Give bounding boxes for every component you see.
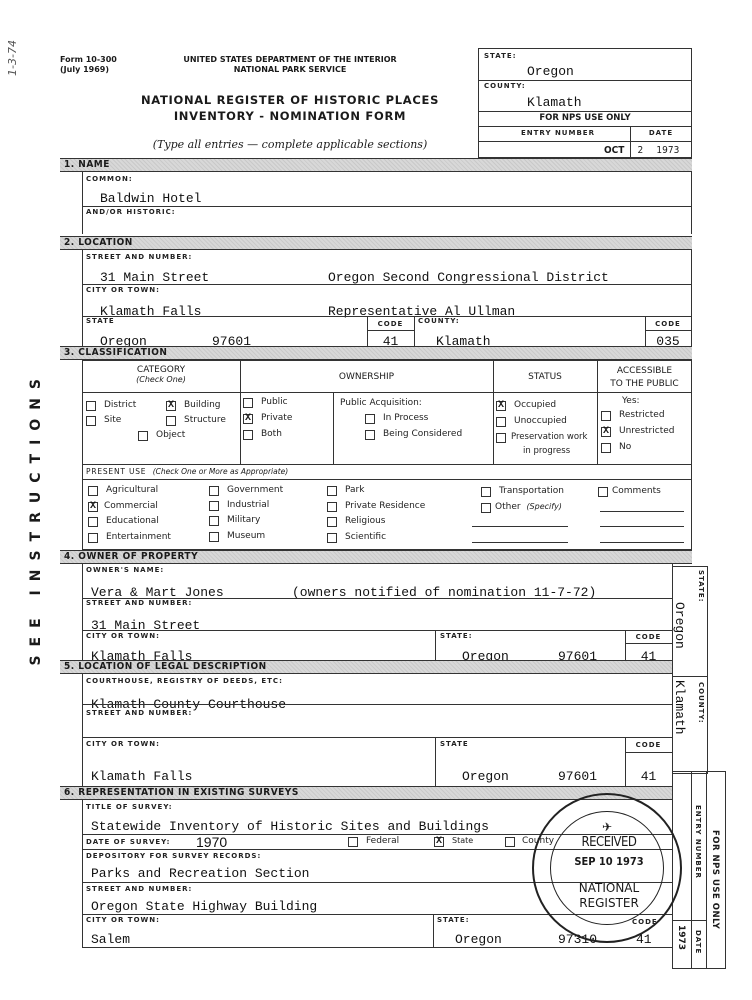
- in-process-label: In Process: [383, 413, 428, 423]
- survey-title-value: Statewide Inventory of Historic Sites an…: [91, 819, 489, 834]
- other-label: Other (Specify): [495, 502, 562, 512]
- survey-street-label: STREET AND NUMBER:: [86, 885, 192, 893]
- transportation-label: Transportation: [499, 486, 564, 496]
- government-label: Government: [227, 485, 283, 495]
- comments-line: [600, 526, 684, 527]
- checkbox-both[interactable]: [243, 430, 253, 440]
- courthouse-label: COURTHOUSE, REGISTRY OF DEEDS, ETC:: [86, 677, 283, 685]
- date-stamp: OCT 2 1973: [604, 145, 679, 156]
- state-code-label: CODE: [367, 320, 414, 328]
- street-label: STREET AND NUMBER:: [86, 253, 192, 261]
- checkbox-private-residence[interactable]: [327, 502, 337, 512]
- checkbox-scientific[interactable]: [327, 533, 337, 543]
- section-3-header: 3. CLASSIFICATION: [60, 346, 692, 360]
- owner-code-label: CODE: [625, 633, 672, 641]
- in-progress-label: in progress: [523, 446, 570, 456]
- military-label: Military: [227, 515, 260, 525]
- section-4-header: 4. OWNER OF PROPERTY: [60, 550, 692, 564]
- county-label: COUNTY:: [418, 317, 460, 325]
- entertainment-label: Entertainment: [106, 532, 171, 542]
- stamp-date: SEP 10 1973: [534, 855, 684, 868]
- checkbox-being-considered[interactable]: [365, 430, 375, 440]
- legal-state-label: STATE: [440, 740, 469, 748]
- department-heading: UNITED STATES DEPARTMENT OF THE INTERIOR…: [150, 55, 430, 75]
- form-instructions: (Type all entries — complete applicable …: [120, 138, 460, 151]
- checkbox-no[interactable]: [601, 443, 611, 453]
- other-specify-line: [472, 542, 568, 543]
- checkbox-structure[interactable]: [166, 416, 176, 426]
- depository-value: Parks and Recreation Section: [91, 866, 309, 881]
- object-label: Object: [156, 430, 185, 440]
- right-date-label: DATE: [694, 930, 702, 954]
- district-label: District: [104, 400, 136, 410]
- section-5-header: 5. LOCATION OF LEGAL DESCRIPTION: [60, 660, 672, 674]
- religious-label: Religious: [345, 516, 386, 526]
- checkbox-district[interactable]: [86, 401, 96, 411]
- form-number: Form 10-300 (July 1969): [60, 55, 117, 75]
- checkbox-public[interactable]: [243, 398, 253, 408]
- survey-date-value: 1970: [196, 834, 227, 850]
- checkbox-industrial[interactable]: [209, 501, 219, 511]
- right-state-label: STATE:: [697, 570, 705, 603]
- industrial-label: Industrial: [227, 500, 269, 510]
- both-label: Both: [261, 429, 282, 439]
- comments-line: [600, 542, 684, 543]
- congressional-district-value: Oregon Second Congressional District: [328, 270, 609, 285]
- margin-handwritten-note: 1-3-74: [6, 40, 19, 76]
- owner-street-label: STREET AND NUMBER:: [86, 599, 192, 607]
- checkbox-unrestricted[interactable]: X: [601, 427, 611, 437]
- right-county-label: COUNTY:: [697, 682, 705, 724]
- preservation-work-label: Preservation work: [511, 432, 587, 442]
- structure-label: Structure: [184, 415, 226, 425]
- agricultural-label: Agricultural: [106, 485, 158, 495]
- form-title: NATIONAL REGISTER OF HISTORIC PLACES INV…: [120, 92, 460, 124]
- stamp-national: NATIONAL: [534, 881, 684, 895]
- legal-code-label: CODE: [625, 741, 672, 749]
- checkbox-restricted[interactable]: [601, 411, 611, 421]
- educational-label: Educational: [106, 516, 159, 526]
- unoccupied-label: Unoccupied: [514, 416, 567, 426]
- right-entry-number-label: ENTRY NUMBER: [694, 805, 702, 879]
- checkbox-religious[interactable]: [327, 517, 337, 527]
- depository-label: DEPOSITORY FOR SURVEY RECORDS:: [86, 852, 261, 860]
- legal-state-value: Oregon: [462, 769, 509, 784]
- scientific-label: Scientific: [345, 532, 386, 542]
- restricted-label: Restricted: [619, 410, 665, 420]
- site-label: Site: [104, 415, 121, 425]
- survey-state-value: Oregon: [455, 932, 502, 947]
- received-stamp: ✈ RECEIVED SEP 10 1973 NATIONAL REGISTER: [532, 793, 682, 943]
- accessible-header: ACCESSIBLE TO THE PUBLIC: [597, 365, 692, 391]
- stamp-received: RECEIVED: [534, 835, 684, 850]
- checkbox-state[interactable]: X: [434, 837, 444, 847]
- survey-city-value: Salem: [91, 932, 130, 947]
- checkbox-county[interactable]: [505, 837, 515, 847]
- common-name-value: Baldwin Hotel: [100, 191, 201, 206]
- checkbox-military[interactable]: [209, 516, 219, 526]
- airplane-icon: ✈: [602, 820, 612, 834]
- private-residence-label: Private Residence: [345, 501, 425, 511]
- legal-code-value: 41: [625, 769, 672, 784]
- checkbox-transportation[interactable]: [481, 487, 491, 497]
- being-considered-label: Being Considered: [383, 429, 462, 439]
- survey-city-label: CITY OR TOWN:: [86, 916, 160, 924]
- checkbox-other[interactable]: [481, 503, 491, 513]
- survey-state-label: STATE:: [437, 916, 470, 924]
- private-label: Private: [261, 413, 292, 423]
- park-label: Park: [345, 485, 364, 495]
- museum-label: Museum: [227, 531, 265, 541]
- state-value: Oregon: [527, 64, 574, 79]
- historic-label: AND/OR HISTORIC:: [86, 208, 176, 216]
- no-label: No: [619, 442, 631, 452]
- legal-zip-value: 97601: [558, 769, 597, 784]
- right-state-value: Oregon: [672, 602, 687, 649]
- right-date-value: 1973: [676, 925, 686, 950]
- status-header: STATUS: [493, 372, 597, 382]
- owner-name-label: OWNER'S NAME:: [86, 566, 164, 574]
- checkbox-commercial[interactable]: X: [88, 502, 98, 512]
- stamp-register: REGISTER: [534, 896, 684, 910]
- survey-street-value: Oregon State Highway Building: [91, 899, 317, 914]
- checkbox-comments[interactable]: [598, 487, 608, 497]
- checkbox-in-process[interactable]: [365, 414, 375, 424]
- entry-number-label: ENTRY NUMBER: [478, 129, 638, 137]
- see-instructions-vertical: SEE INSTRUCTIONS: [28, 370, 42, 650]
- common-label: COMMON:: [86, 175, 133, 183]
- checkbox-federal[interactable]: [348, 837, 358, 847]
- county-value: Klamath: [527, 95, 582, 110]
- occupied-label: Occupied: [514, 400, 556, 410]
- legal-street-label: STREET AND NUMBER:: [86, 709, 192, 717]
- checkbox-educational[interactable]: [88, 517, 98, 527]
- city-label: CITY OR TOWN:: [86, 286, 160, 294]
- legal-city-value: Klamath Falls: [91, 769, 192, 784]
- comments-line: [600, 511, 684, 512]
- nps-use-only-label: FOR NPS USE ONLY: [478, 113, 692, 123]
- accessible-yes-label: Yes:: [622, 396, 640, 406]
- checkbox-occupied[interactable]: X: [496, 401, 506, 411]
- commercial-label: Commercial: [104, 501, 158, 511]
- legal-city-label: CITY OR TOWN:: [86, 740, 160, 748]
- checkbox-preservation-work[interactable]: [496, 433, 506, 443]
- checkbox-object[interactable]: [138, 431, 148, 441]
- checkbox-museum[interactable]: [209, 532, 219, 542]
- date-label: DATE: [630, 129, 692, 137]
- comments-label: Comments: [612, 486, 661, 496]
- right-county-value: Klamath: [672, 680, 687, 735]
- state-label: STATE:: [484, 52, 517, 60]
- survey-date-label: DATE OF SURVEY:: [86, 838, 170, 846]
- checkbox-site[interactable]: [86, 416, 96, 426]
- county-code-label: CODE: [645, 320, 691, 328]
- checkbox-agricultural[interactable]: [88, 486, 98, 496]
- checkbox-government[interactable]: [209, 486, 219, 496]
- checkbox-unoccupied[interactable]: [496, 417, 506, 427]
- federal-label: Federal: [366, 836, 399, 846]
- section-2-header: 2. LOCATION: [60, 236, 692, 250]
- owner-state-label: STATE:: [440, 632, 473, 640]
- checkbox-private[interactable]: X: [243, 414, 253, 424]
- section-1-header: 1. NAME: [60, 158, 692, 172]
- category-header: CATEGORY (Check One): [82, 365, 240, 384]
- ownership-header: OWNERSHIP: [240, 372, 493, 382]
- checkbox-entertainment[interactable]: [88, 533, 98, 543]
- right-nps-only-label: FOR NPS USE ONLY: [710, 830, 720, 929]
- present-use-label: PRESENT USE (Check One or More as Approp…: [86, 467, 288, 476]
- survey-title-label: TITLE OF SURVEY:: [86, 803, 173, 811]
- owner-city-label: CITY OR TOWN:: [86, 632, 160, 640]
- checkbox-park[interactable]: [327, 486, 337, 496]
- street-value: 31 Main Street: [100, 270, 209, 285]
- unrestricted-label: Unrestricted: [619, 426, 674, 436]
- state-level-label: State: [452, 836, 473, 845]
- public-acquisition-label: Public Acquisition:: [340, 398, 422, 408]
- public-label: Public: [261, 397, 288, 407]
- checkbox-building[interactable]: X: [166, 401, 176, 411]
- state-label: STATE: [86, 317, 115, 325]
- other-specify-line: [472, 526, 568, 527]
- building-label: Building: [184, 400, 221, 410]
- county-label: COUNTY:: [484, 82, 526, 90]
